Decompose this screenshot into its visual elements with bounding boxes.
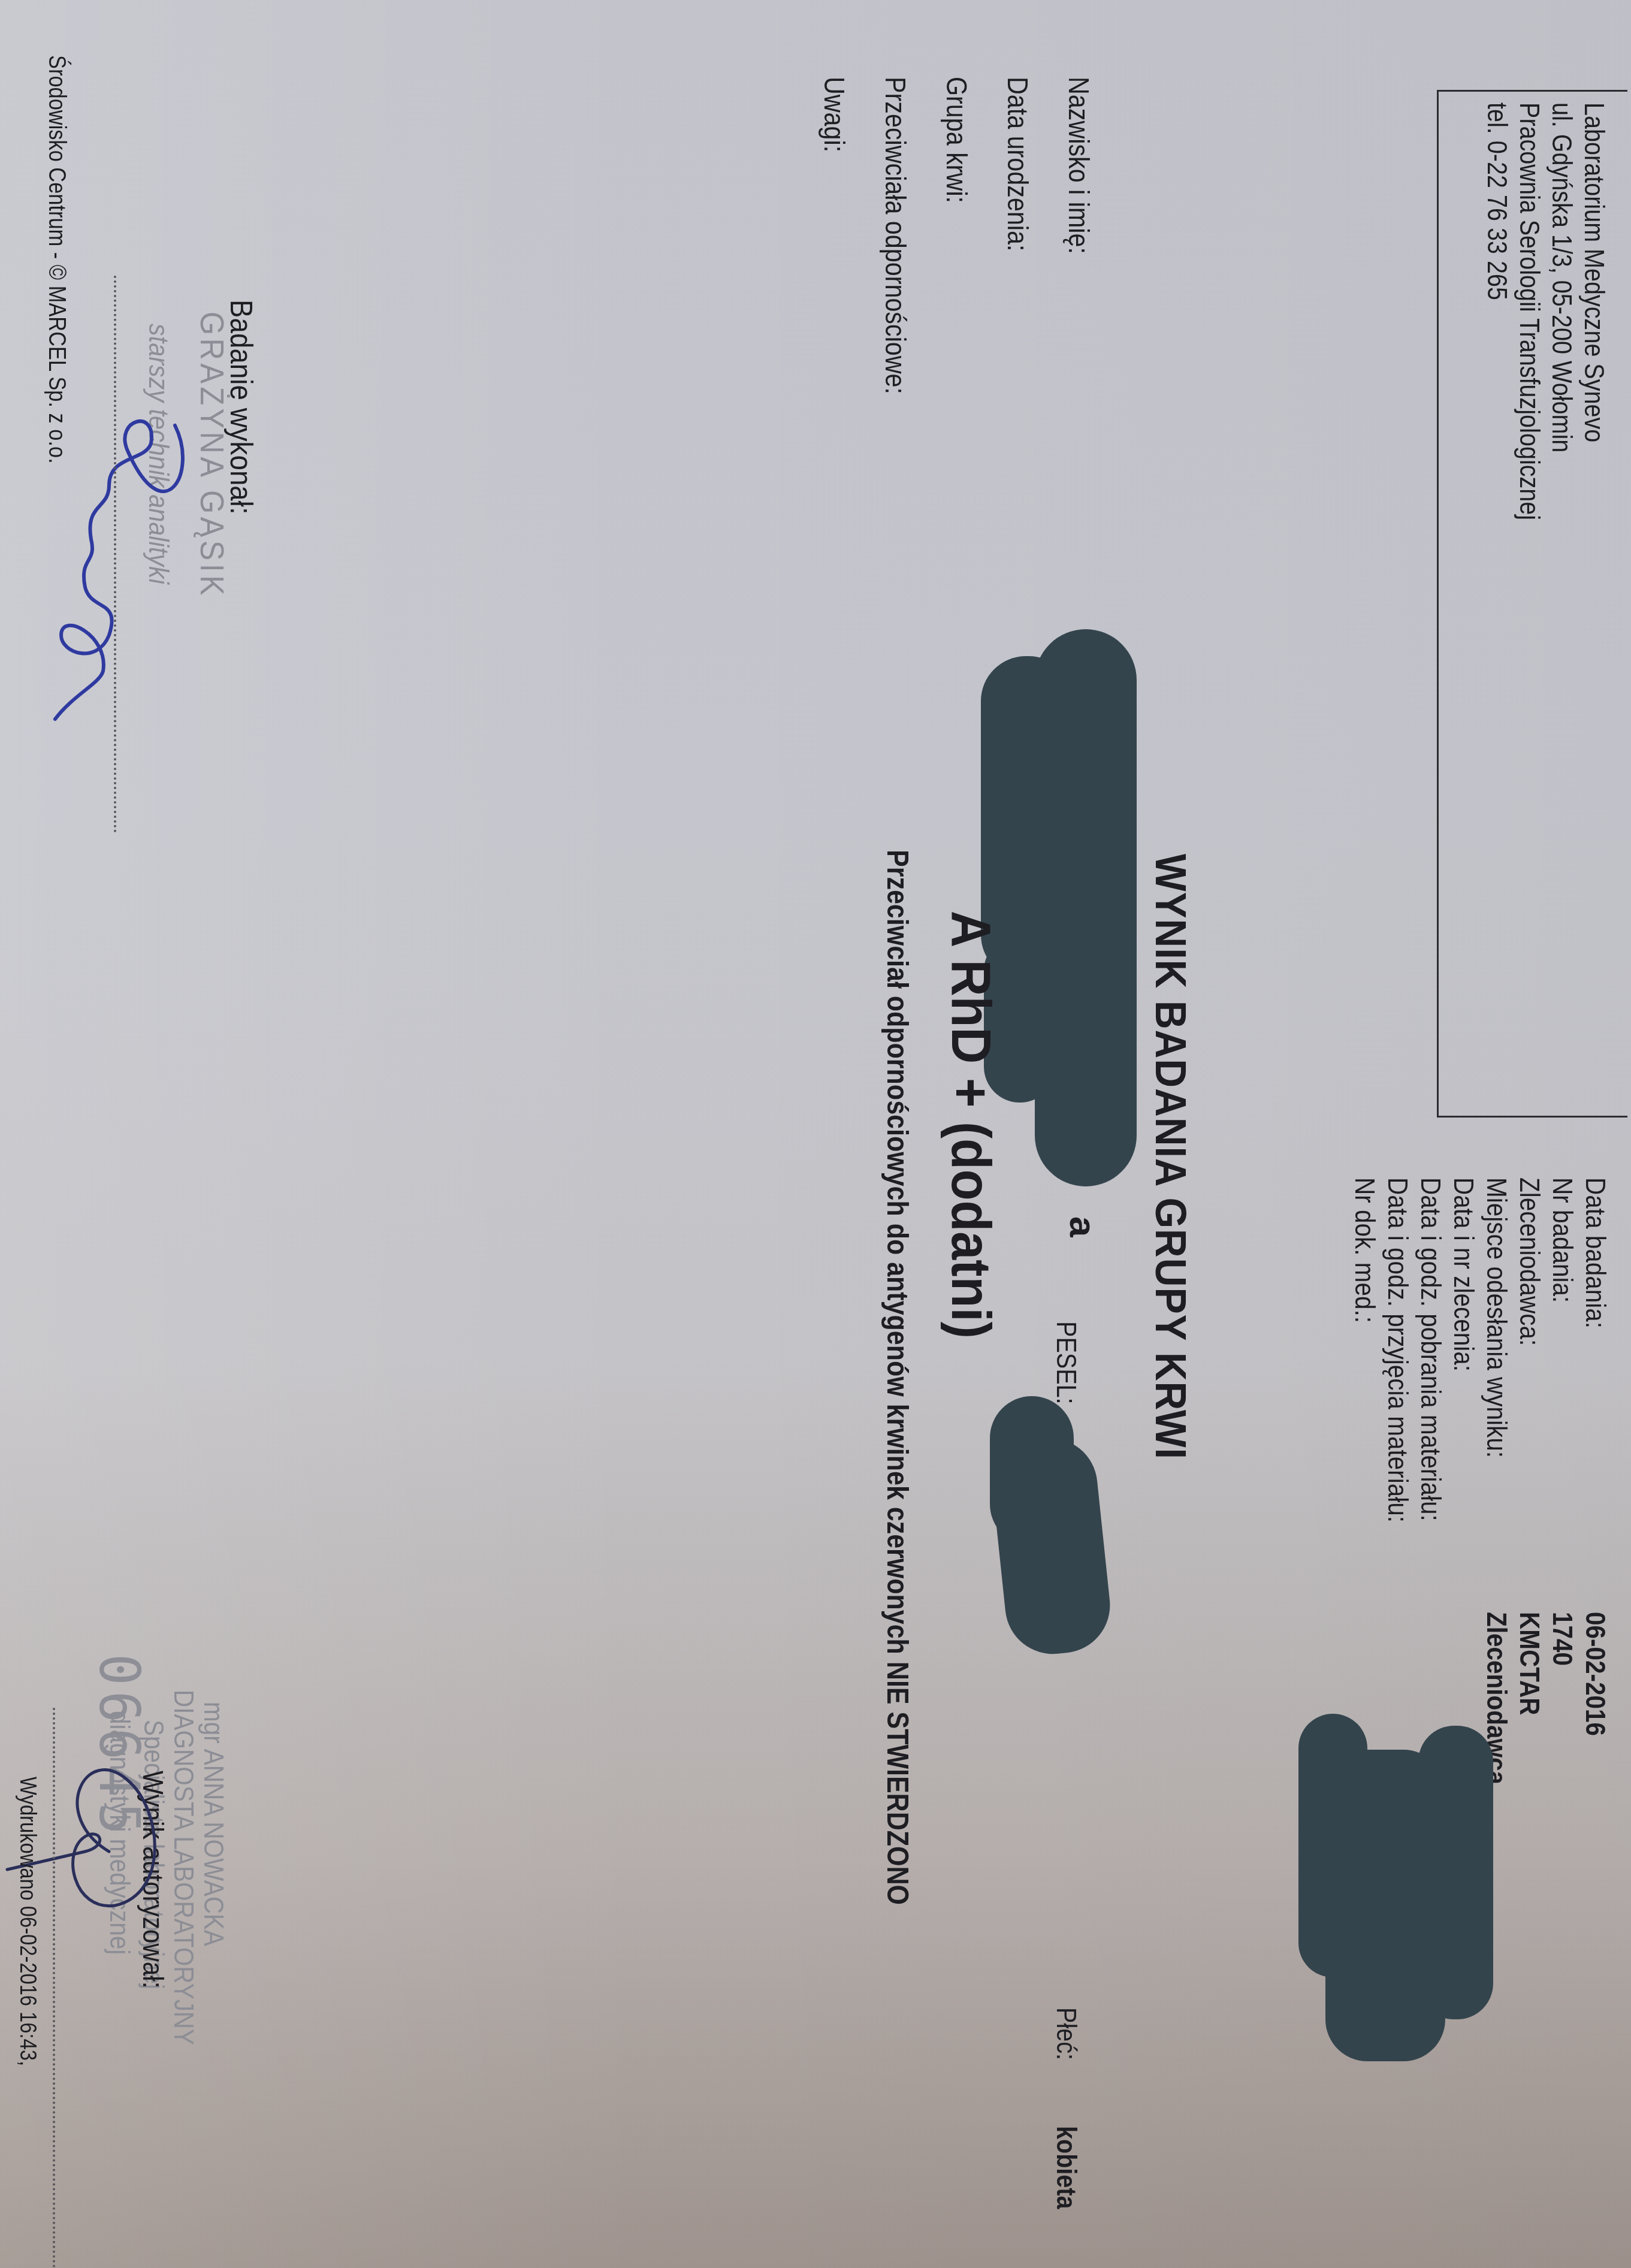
- lab-name: Laboratorium Medyczne Synevo: [1578, 102, 1611, 520]
- meta-label-order-date: Data i nr zlecenia:: [1447, 1177, 1480, 1523]
- label-antibodies: Przeciwciała odpornościowe:: [850, 77, 911, 394]
- lab-address: Laboratorium Medyczne Synevo ul. Gdyńska…: [1481, 102, 1611, 588]
- sex-value: kobieta: [1050, 2126, 1083, 2209]
- meta-values: 06-02-2016 1740 KMCTAR Zleceniodawca: [1480, 1612, 1612, 1808]
- meta-label-exam-no: Nr badania:: [1546, 1177, 1579, 1523]
- lab-street: ul. Gdyńska 1/3, 05-200 Wołomin: [1546, 102, 1578, 520]
- lab-header-box: Laboratorium Medyczne Synevo ul. Gdyńska…: [1437, 90, 1627, 1118]
- lab-result-document: Laboratorium Medyczne Synevo ul. Gdyńska…: [0, 0, 1631, 2268]
- label-remarks: Uwagi:: [789, 77, 850, 394]
- meta-label-return-place: Miejsce odesłania wyniku:: [1480, 1177, 1513, 1523]
- software-footer: Środowisko Centrum - © MARCEL Sp. z o.o.: [43, 55, 70, 464]
- lab-department: Pracownia Serologii Transfuzjologicznej: [1514, 102, 1546, 520]
- meta-label-exam-date: Data badania:: [1579, 1177, 1612, 1523]
- lab-phone: tel. 0-22 76 33 265: [1481, 102, 1514, 520]
- meta-label-med-doc: Nr dok. med.:: [1348, 1177, 1381, 1523]
- label-name: Nazwisko i imię:: [1034, 77, 1095, 394]
- document-title: WYNIK BADANIA GRUPY KRWI: [1146, 854, 1195, 1460]
- meta-label-orderer: Zleceniodawca:: [1513, 1177, 1546, 1523]
- blood-group-result: A RhD + (dodatni): [939, 911, 1002, 1339]
- signature-line-right: [53, 1708, 55, 2268]
- meta-value-exam-date: 06-02-2016: [1579, 1612, 1612, 1784]
- signature-line-left: [114, 276, 116, 833]
- meta-value-orderer: KMCTAR: [1513, 1612, 1546, 1784]
- meta-label-receipt-date: Data i godz. przyjęcia materiału:: [1381, 1177, 1414, 1523]
- sex-label: Płeć:: [1050, 2007, 1083, 2060]
- redaction-pesel-2: [988, 1433, 1115, 1659]
- label-blood-group: Grupa krwi:: [911, 77, 972, 394]
- technician-signature-icon: [55, 383, 199, 743]
- meta-value-exam-no: 1740: [1546, 1612, 1579, 1784]
- meta-label-collection-date: Data i godz. pobrania materiału:: [1414, 1177, 1447, 1523]
- label-birth-date: Data urodzenia:: [972, 77, 1034, 394]
- redaction-order-details-3: [1298, 1714, 1367, 1977]
- meta-labels: Data badania: Nr badania: Zleceniodawca:…: [1348, 1177, 1612, 1570]
- performed-by-label: Badanie wykonał:: [223, 300, 259, 515]
- antibodies-result: Przeciwciał odpornościowych do antygenów…: [880, 850, 915, 1905]
- patient-field-labels: Nazwisko i imię: Data urodzenia: Grupa k…: [789, 77, 1095, 446]
- printed-timestamp: Wydrukowano 06-02-2016 16:43,: [14, 1777, 40, 2066]
- patient-name-visible-tail: a: [1061, 1216, 1104, 1237]
- pesel-label: PESEL:: [1050, 1321, 1083, 1405]
